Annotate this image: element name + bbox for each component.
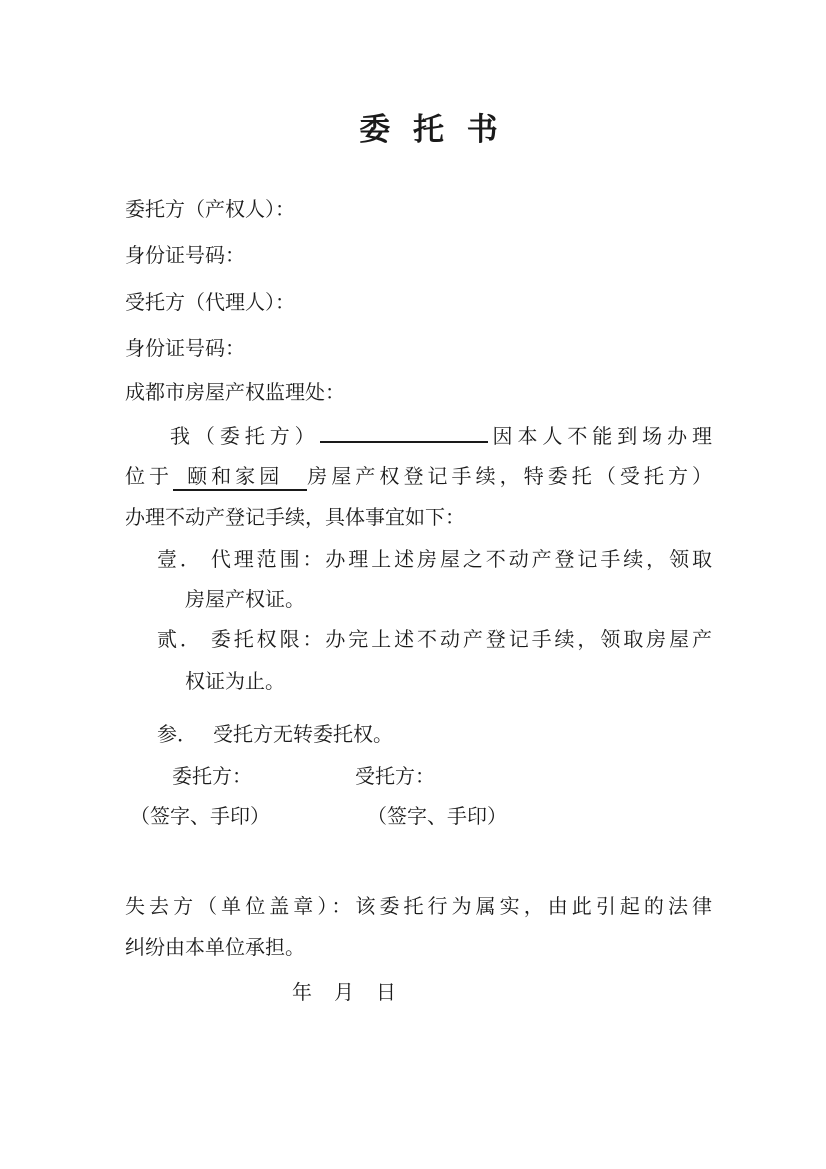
trustee-id-line: 身份证号码： [125,335,712,363]
location-line: 位于颐和家园房屋产权登记手续，特委托（受托方） [125,463,712,491]
item-3-line: 参．受托方无转委托权。 [125,721,712,749]
item-3-text: 受托方无转委托权。 [213,724,393,746]
item-1-line-1: 壹．代理范围：办理上述房屋之不动产登记手续，领取 [125,546,712,574]
intro-before-text: 我（委托方） [170,426,320,448]
intro-line-3: 办理不动产登记手续，具体事宜如下： [125,504,712,532]
document-title: 委 托 书 [125,104,712,149]
location-before-text: 位于 [125,466,173,488]
item-2-line-1: 贰．委托权限：办完上述不动产登记手续，领取房屋产 [125,626,712,654]
consignor-sign-label: 委托方： [172,766,252,788]
signature-notes-line: （签字、手印）（签字、手印） [125,803,712,831]
trustee-sign-note: （签字、手印） [377,806,507,828]
date-line: 年 月 日 [125,979,712,1007]
document-page: 委 托 书 委托方（产权人）： 身份证号码： 受托方（代理人）： 身份证号码： … [0,0,826,1169]
item-2-text: 委托权限：办完上述不动产登记手续，领取房屋产 [211,629,712,651]
item-2-line-2: 权证为止。 [125,668,712,696]
item-3-number: 参． [157,724,197,746]
trustee-sign-label: 受托方： [355,766,435,788]
property-name: 颐和家园 [173,466,307,491]
consignor-sign-note: （签字、手印） [130,806,270,828]
unit-section-line-1: 失去方（单位盖章）：该委托行为属实，由此引起的法律 [125,893,712,921]
unit-section-line-2: 纠纷由本单位承担。 [125,934,712,962]
blank-underline [320,421,488,443]
intro-line: 我（委托方）因本人不能到场办理 [125,421,712,451]
consignor-label-line: 委托方（产权人）： [125,196,712,224]
item-1-line-2: 房屋产权证。 [125,586,712,614]
authority-line: 成都市房屋产权监理处： [125,379,712,407]
item-1-text: 代理范围：办理上述房屋之不动产登记手续，领取 [211,549,712,571]
consignor-id-line: 身份证号码： [125,242,712,270]
item-2-number: 贰． [157,629,203,651]
trustee-label-line: 受托方（代理人）： [125,289,712,317]
intro-after-text: 因本人不能到场办理 [488,426,712,448]
location-after-text: 房屋产权登记手续，特委托（受托方） [307,466,712,488]
signature-labels-line: 委托方：受托方： [125,763,712,791]
item-1-number: 壹． [157,549,203,571]
